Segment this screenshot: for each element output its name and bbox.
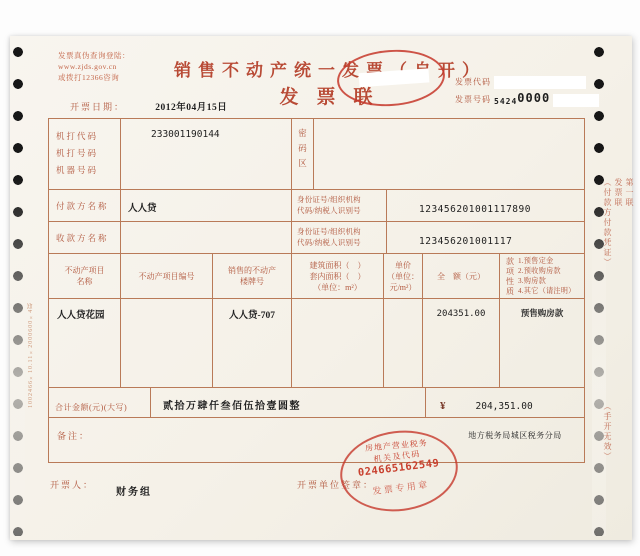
nature-options: 1.预售定金 2.预收购房款 3.购房款 4.其它（请注明）: [518, 254, 576, 298]
invoice-number-label: 发票号码: [455, 95, 491, 104]
left-margin-print-info: 1002466×10.11×2000600×4联: [26, 228, 35, 408]
copy-number-text: 第一联: [624, 178, 635, 382]
issuer-label: 开票人：: [50, 478, 94, 491]
invoice-title: 销售不动产统一发票（自开）: [160, 56, 500, 81]
cell-unit-price: [384, 299, 423, 387]
nature-option: 3.购房款: [518, 276, 576, 286]
invoice-grid: 机打代码 机打号码 机器号码 233001190144 密码区 付款方名称: [48, 118, 585, 463]
project-name-value: 人人贷花园: [57, 311, 105, 321]
scanned-invoice-page: 发票真伪查询登陆： www.zjds.gov.cn 或拨打12366咨询 销售不…: [0, 0, 640, 556]
payment-nature-value: 预售购房款: [521, 308, 564, 318]
cell-area: [292, 299, 384, 387]
cell-payment-nature: 预售购房款: [500, 299, 584, 387]
issue-date-row: 开票日期： 2012年04月15日: [70, 99, 227, 113]
total-label-cell: 合计金额(元)(大写): [49, 388, 151, 417]
password-zone-area: [314, 119, 584, 189]
header-text: 套内面积（ ）: [292, 271, 383, 282]
header-text: （单位：: [384, 271, 422, 282]
cell-project-name: 人人贷花园: [49, 299, 121, 387]
nature-option: 4.其它（请注明）: [518, 286, 576, 296]
payee-id-value: 123456201001117: [419, 236, 512, 247]
detail-data-row: 人人贷花园 人人贷-707 204351.00 预售购房款: [49, 299, 584, 388]
header-area: 建筑面积（ ） 套内面积（ ） （单位：m²）: [292, 254, 384, 298]
header-project-no: 不动产项目编号: [121, 254, 213, 298]
payer-name-cell: 人人贷: [121, 190, 292, 221]
amount-value: 204351.00: [437, 309, 486, 319]
id-label-line2: 代码/纳税人识别号: [297, 237, 386, 248]
redaction-patch: [359, 68, 430, 87]
nature-title: 款项性质: [505, 257, 515, 298]
redaction-patch: [494, 76, 586, 89]
payer-name: 人人贷: [128, 204, 157, 214]
payer-label: 付款方名称: [56, 200, 120, 212]
header-amount: 全 额（元）: [423, 254, 500, 298]
verify-line1: 发票真伪查询登陆：: [58, 50, 130, 61]
total-row: 合计金额(元)(大写) 贰拾万肆仟叁佰伍拾壹圆整 ¥ 204,351.00: [49, 388, 584, 418]
machine-code-row: 机打代码 机打号码 机器号码 233001190144 密码区: [49, 119, 584, 190]
header-building-no: 销售的不动产 楼牌号: [213, 254, 292, 298]
issue-date-label: 开票日期：: [70, 102, 125, 112]
cell-amount: 204351.00: [423, 299, 500, 387]
id-label-line2: 代码/纳税人识别号: [297, 205, 386, 216]
copy-name-text: 发票联: [613, 178, 624, 382]
nature-option: 2.预收购房款: [518, 266, 576, 276]
header-text: （单位：m²）: [292, 282, 383, 293]
invoice-code-label: 发票代码: [455, 77, 491, 86]
currency-symbol: ¥: [440, 400, 446, 412]
total-amount-numeric: 204,351.00: [476, 401, 533, 412]
print-code-label: 机打代码: [56, 128, 120, 145]
total-label: 合计金额(元)(大写): [55, 403, 127, 412]
id-label-line1: 身份证号/组织机构: [297, 226, 386, 237]
header-text: 名称: [49, 276, 120, 287]
issue-date-value: 2012年04月15日: [155, 103, 227, 113]
header-payment-nature: 款项性质 1.预售定金 2.预收购房款 3.购房款 4.其它（请注明）: [500, 254, 584, 298]
payee-row: 收款方名称 身份证号/组织机构 代码/纳税人识别号 12345620100111…: [49, 222, 584, 254]
verify-line3: 或拨打12366咨询: [58, 72, 130, 83]
header-text: 建筑面积（ ）: [292, 260, 383, 271]
header-text: 不动产项目编号: [121, 271, 212, 282]
password-zone-label-cell: 密码区: [292, 119, 314, 189]
cell-building-no: 人人贷-707: [213, 299, 292, 387]
header-project-name: 不动产项目 名称: [49, 254, 121, 298]
machine-number-label: 机器号码: [56, 162, 120, 179]
payee-label-cell: 收款方名称: [49, 222, 121, 253]
machine-labels-cell: 机打代码 机打号码 机器号码: [49, 119, 121, 189]
right-margin-copy-text: 第一联 发票联 （付款方付款凭证）: [602, 178, 635, 390]
building-no-value: 人人贷-707: [229, 311, 275, 321]
cell-project-no: [121, 299, 213, 387]
payee-id-label-cell: 身份证号/组织机构 代码/纳税人识别号: [292, 222, 387, 253]
print-code-value: 233001190144: [151, 129, 291, 140]
stamp-invoice-seal-text: 发票专用章: [372, 477, 431, 497]
print-number-label: 机打号码: [56, 145, 120, 162]
header-text: 楼牌号: [213, 276, 291, 287]
password-zone-label: 密码区: [297, 126, 308, 171]
header-text: 不动产项目: [49, 265, 120, 276]
remark-label: 备注：: [57, 431, 90, 441]
payer-label-cell: 付款方名称: [49, 190, 121, 221]
total-numeric-cell: ¥ 204,351.00: [426, 388, 584, 417]
nature-option: 1.预售定金: [518, 256, 576, 266]
detail-header-row: 不动产项目 名称 不动产项目编号 销售的不动产 楼牌号 建筑面积（ ） 套内面积…: [49, 254, 584, 299]
issuer-value: 财务组: [116, 483, 152, 498]
payer-row: 付款方名称 人人贷 身份证号/组织机构 代码/纳税人识别号 1234562010…: [49, 190, 584, 222]
header-text: 销售的不动产: [213, 265, 291, 276]
perforation-holes-left: [11, 36, 25, 536]
payer-id-label-cell: 身份证号/组织机构 代码/纳税人识别号: [292, 190, 387, 221]
tax-branch-text: 地方税务局城区税务分局: [456, 430, 574, 441]
header-text: 全 额（元）: [423, 271, 499, 282]
payer-id-cell: 123456201001117890: [387, 190, 584, 221]
payee-name-cell: [121, 222, 292, 253]
header-text: 单价: [384, 260, 422, 271]
header-unit-price: 单价 （单位： 元/m²）: [384, 254, 423, 298]
invoice-paper: 发票真伪查询登陆： www.zjds.gov.cn 或拨打12366咨询 销售不…: [10, 36, 632, 540]
invoice-code-row: 发票代码: [455, 76, 586, 89]
copy-purpose-text: （付款方付款凭证）: [602, 178, 613, 382]
total-capital-cell: 贰拾万肆仟叁佰伍拾壹圆整: [151, 388, 426, 417]
verify-line2: www.zjds.gov.cn: [58, 61, 130, 72]
redaction-patch: [553, 94, 599, 107]
invoice-number-row: 发票号码 54240000: [455, 91, 599, 107]
invoice-number-prefix: 5424: [494, 97, 517, 106]
right-margin-invalid-text: （手开无效）: [602, 402, 613, 512]
machine-values-cell: 233001190144: [121, 119, 292, 189]
payee-label: 收款方名称: [56, 232, 120, 244]
id-label-line1: 身份证号/组织机构: [297, 194, 386, 205]
header-text: 元/m²）: [384, 282, 422, 293]
invoice-number-value: 0000: [517, 91, 550, 105]
total-amount-capital: 贰拾万肆仟叁佰伍拾壹圆整: [163, 401, 301, 412]
payer-id-value: 123456201001117890: [419, 204, 531, 215]
verify-info-block: 发票真伪查询登陆： www.zjds.gov.cn 或拨打12366咨询: [58, 50, 130, 83]
payee-id-cell: 123456201001117: [387, 222, 584, 253]
